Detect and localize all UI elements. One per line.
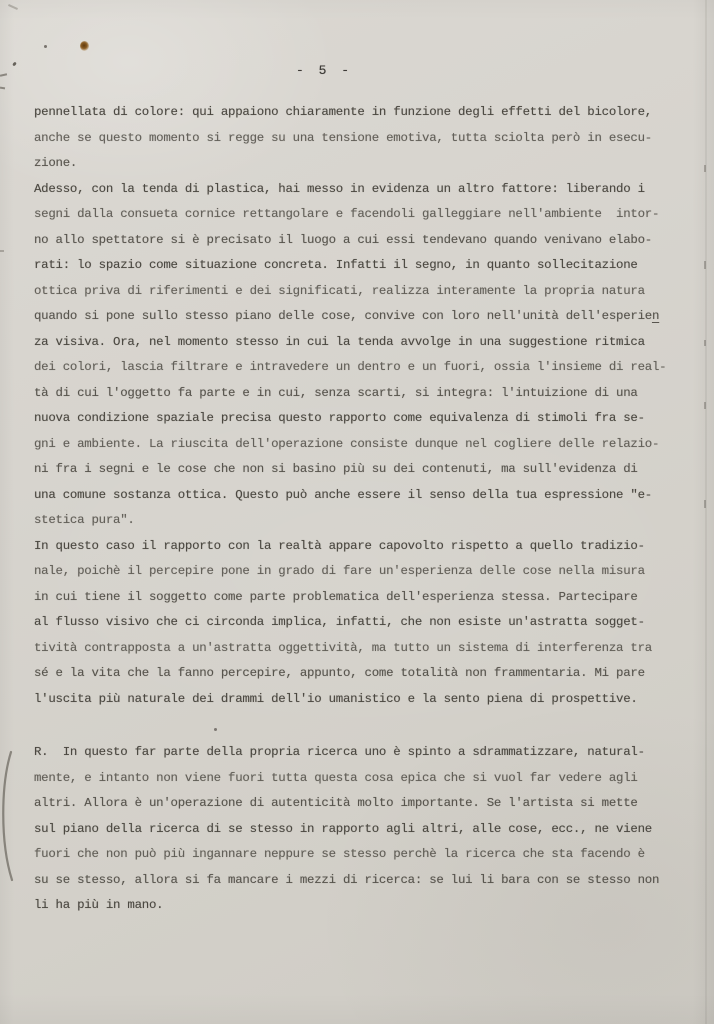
text-line: al flusso visivo che ci circonda implica… [34,610,682,636]
typewritten-page: - 5 - pennellata di colore: qui appaiono… [0,0,714,1024]
text-line: anche se questo momento si regge su una … [34,126,682,152]
text-line: l'uscita più naturale dei drammi dell'io… [34,687,682,713]
text-line: fuori che non può più ingannare neppure … [34,842,682,868]
paragraph: pennellata di colore: qui appaiono chiar… [34,100,682,177]
text-line: Adesso, con la tenda di plastica, hai me… [34,177,682,203]
underlined-letter: n [652,309,659,323]
answer-paragraph: R. In questo far parte della propria ric… [34,740,682,919]
text-line: una comune sostanza ottica. Questo può a… [34,483,682,509]
crease-tick [704,402,706,409]
text-line: ni fra i segni e le cose che non si basi… [34,457,682,483]
text-line: in cui tiene il soggetto come parte prob… [34,585,682,611]
text-line: In questo caso il rapporto con la realtà… [34,534,682,560]
text-line: stetica pura". [34,508,682,534]
text-line: sé e la vita che la fanno percepire, app… [34,661,682,687]
edge-mark [0,87,5,90]
text-line: R. In questo far parte della propria ric… [34,740,682,766]
paper-crease [705,0,707,1024]
text-line: nuova condizione spaziale precisa questo… [34,406,682,432]
text-line: pennellata di colore: qui appaiono chiar… [34,100,682,126]
text-line-with-underline: quando si pone sullo stesso piano delle … [34,304,682,330]
paper-speck [44,45,47,48]
page-number: - 5 - [296,63,353,78]
text-line: li ha più in mano. [34,893,682,919]
ink-stain [80,41,89,51]
text-line: tà di cui l'oggetto fa parte e in cui, s… [34,381,682,407]
text-line: dei colori, lascia filtrare e intraveder… [34,355,682,381]
crease-tick [704,500,706,508]
text-line: sul piano della ricerca di se stesso in … [34,817,682,843]
paragraph: Adesso, con la tenda di plastica, hai me… [34,177,682,534]
crease-tick [704,261,706,269]
text-line: rati: lo spazio come situazione concreta… [34,253,682,279]
text-line: mente, e intanto non viene fuori tutta q… [34,766,682,792]
text-line: altri. Allora è un'operazione di autenti… [34,791,682,817]
text-line: ottica priva di riferimenti e dei signif… [34,279,682,305]
paper-speck [12,62,17,67]
edge-mark [0,73,7,76]
edge-mark [0,250,4,252]
crease-tick [704,165,706,172]
pencil-bracket-mark [0,750,16,882]
text-line: tività contrapposta a un'astratta oggett… [34,636,682,662]
text-line: zione. [34,151,682,177]
paragraph: In questo caso il rapporto con la realtà… [34,534,682,713]
text-line: no allo spettatore si è precisato il luo… [34,228,682,254]
text-line: nale, poichè il percepire pone in grado … [34,559,682,585]
text-segment: quando si pone sullo stesso piano delle … [34,309,652,323]
text-line: gni e ambiente. La riuscita dell'operazi… [34,432,682,458]
text-line: za visiva. Ora, nel momento stesso in cu… [34,330,682,356]
edge-mark [8,4,18,10]
paper-speck [214,728,217,731]
text-line: su se stesso, allora si fa mancare i mez… [34,868,682,894]
crease-tick [704,340,706,346]
body-text: pennellata di colore: qui appaiono chiar… [34,100,682,919]
text-line: segni dalla consueta cornice rettangolar… [34,202,682,228]
